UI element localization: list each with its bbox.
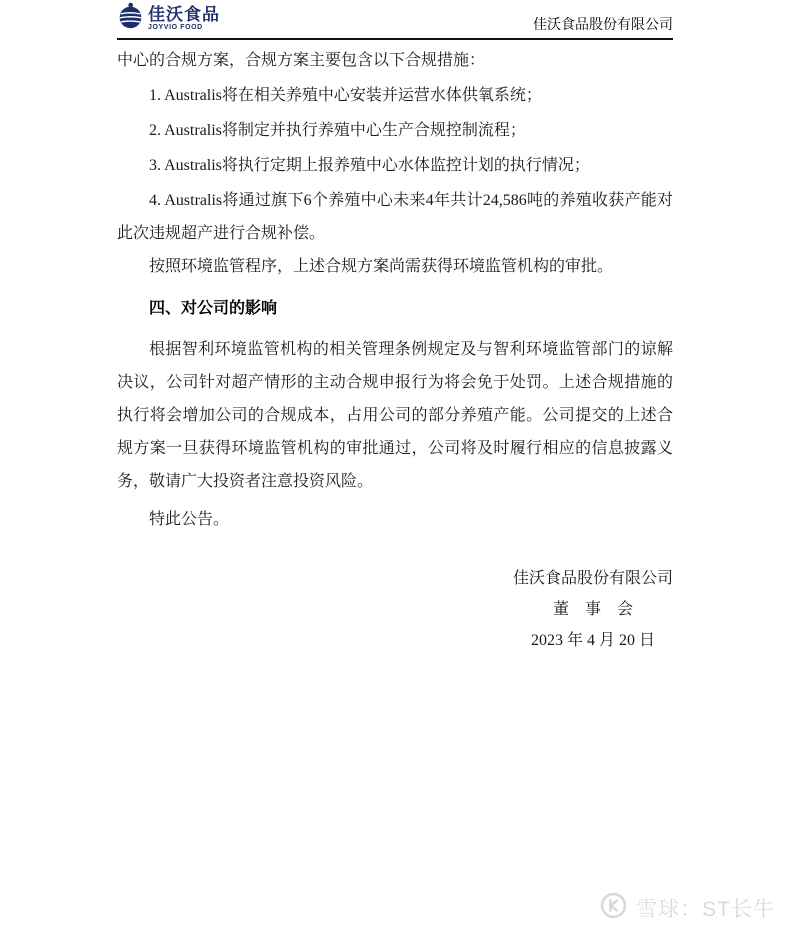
measure-item-1: 1. Australis将在相关养殖中心安装并运营水体供氧系统； bbox=[117, 79, 673, 112]
document-header: 佳沃食品 JOYVIO FOOD 佳沃食品股份有限公司 bbox=[117, 0, 673, 40]
watermark-label: 雪球：ST长牛 bbox=[636, 893, 775, 923]
watermark: 雪球：ST长牛 bbox=[600, 892, 775, 924]
brand-text: 佳沃食品 JOYVIO FOOD bbox=[148, 6, 220, 31]
section-heading: 四、对公司的影响 bbox=[117, 292, 673, 325]
signature-board: 董 事 会 bbox=[513, 594, 673, 625]
measure-item-3: 3. Australis将执行定期上报养殖中心水体监控计划的执行情况； bbox=[117, 149, 673, 182]
intro-paragraph: 中心的合规方案，合规方案主要包含以下合规措施： bbox=[117, 44, 673, 77]
header-company-name: 佳沃食品股份有限公司 bbox=[533, 18, 673, 35]
brand-logo: 佳沃食品 JOYVIO FOOD bbox=[117, 2, 220, 35]
brand-name-en: JOYVIO FOOD bbox=[148, 24, 220, 31]
signature-date: 2023 年 4 月 20 日 bbox=[513, 625, 673, 656]
measure-item-2: 2. Australis将制定并执行养殖中心生产合规控制流程； bbox=[117, 114, 673, 147]
xueqiu-snowball-icon bbox=[600, 892, 627, 924]
impact-paragraph: 根据智利环境监管机构的相关管理条例规定及与智利环境监管部门的谅解决议，公司针对超… bbox=[117, 333, 673, 498]
globe-icon bbox=[117, 2, 144, 35]
approval-paragraph: 按照环境监管程序，上述合规方案尚需获得环境监管机构的审批。 bbox=[117, 250, 673, 283]
closing-paragraph: 特此公告。 bbox=[117, 503, 673, 536]
signature-company: 佳沃食品股份有限公司 bbox=[513, 563, 673, 594]
signature-block: 佳沃食品股份有限公司 董 事 会 2023 年 4 月 20 日 bbox=[513, 563, 673, 656]
document-page: 佳沃食品 JOYVIO FOOD 佳沃食品股份有限公司 中心的合规方案，合规方案… bbox=[0, 0, 788, 932]
document-body: 中心的合规方案，合规方案主要包含以下合规措施： 1. Australis将在相关… bbox=[117, 40, 673, 656]
brand-name-cn: 佳沃食品 bbox=[148, 6, 220, 23]
measure-item-4: 4. Australis将通过旗下6个养殖中心未来4年共计24,586吨的养殖收… bbox=[117, 184, 673, 250]
